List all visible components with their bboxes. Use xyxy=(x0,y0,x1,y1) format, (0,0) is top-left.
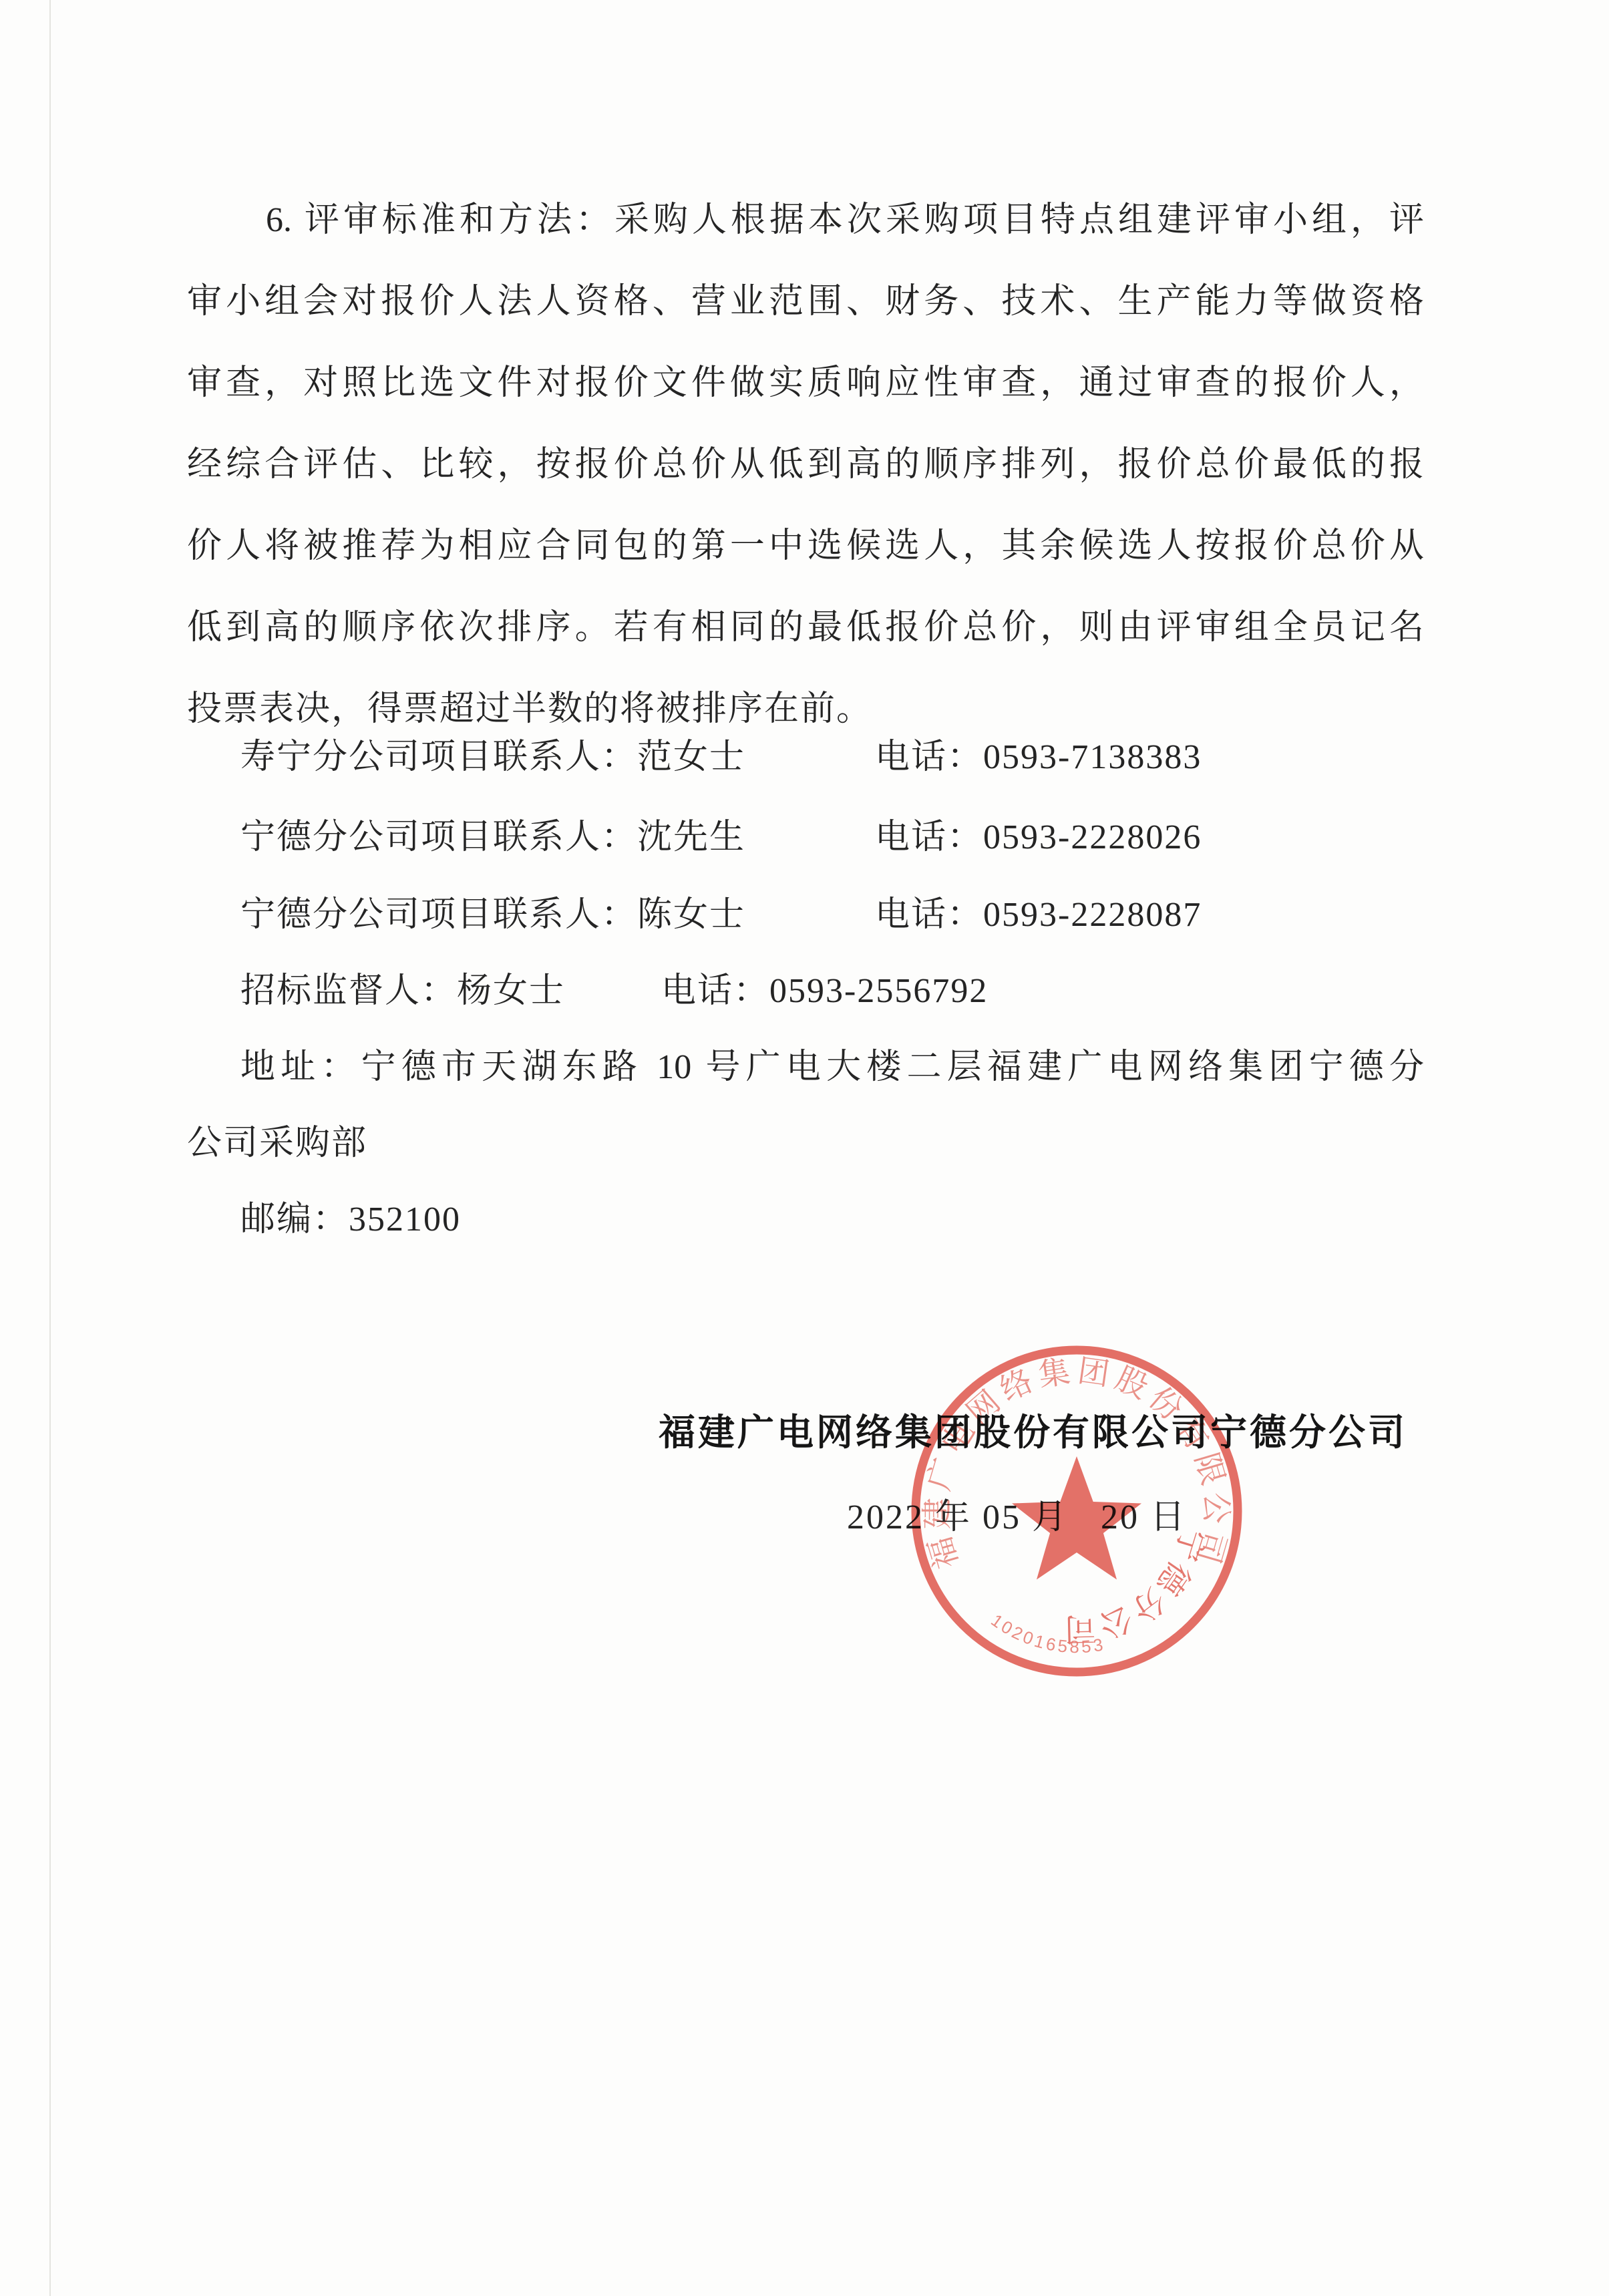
contact-line: 宁德分公司项目联系人：陈女士 电话：0593-2228087 xyxy=(187,894,1424,937)
seal-star-icon xyxy=(1012,1456,1141,1580)
paragraph-line: 审小组会对报价人法人资格、营业范围、财务、技术、生产能力等做资格 xyxy=(187,281,1424,323)
contact-phone: 电话：0593-2228026 xyxy=(875,816,1202,859)
address-line: 地址：宁德市天湖东路 10 号广电大楼二层福建广电网络集团宁德分 xyxy=(187,1046,1424,1089)
contact-phone: 电话：0593-2228087 xyxy=(875,894,1202,937)
paragraph-line: 经综合评估、比较，按报价总价从低到高的顺序排列，报价总价最低的报 xyxy=(187,444,1424,486)
contact-phone: 电话：0593-7138383 xyxy=(875,736,1202,779)
paragraph-line: 审查，对照比选文件对报价文件做实质响应性审查，通过审查的报价人， xyxy=(187,362,1424,405)
contact-line: 寿宁分公司项目联系人：范女士 电话：0593-7138383 xyxy=(187,736,1424,779)
official-seal: 福建广电网络集团股份有限公司 宁德分公司 1020165853 xyxy=(903,1337,1250,1685)
contact-line: 招标监督人：杨女士 电话：0593-2556792 xyxy=(187,970,1424,1013)
paragraph-line: 低到高的顺序依次排序。若有相同的最低报价总价，则由评审组全员记名 xyxy=(187,607,1424,649)
postal-code-line: 邮编：352100 xyxy=(187,1198,1424,1241)
contact-label: 招标监督人：杨女士 xyxy=(240,972,565,1010)
contact-label: 宁德分公司项目联系人：沈先生 xyxy=(240,818,745,856)
contact-phone: 电话：0593-2556792 xyxy=(661,970,988,1013)
document-page: 6. 评审标准和方法：采购人根据本次采购项目特点组建评审小组，评 审小组会对报价… xyxy=(0,0,1609,2296)
contact-label: 宁德分公司项目联系人：陈女士 xyxy=(240,896,745,934)
paragraph-line: 6. 评审标准和方法：采购人根据本次采购项目特点组建评审小组，评 xyxy=(187,199,1424,242)
contact-label: 寿宁分公司项目联系人：范女士 xyxy=(240,738,745,776)
paragraph-line: 投票表决，得票超过半数的将被排序在前。 xyxy=(187,688,1424,731)
address-line: 公司采购部 xyxy=(187,1122,1424,1165)
contact-line: 宁德分公司项目联系人：沈先生 电话：0593-2228026 xyxy=(187,816,1424,859)
paragraph-line: 价人将被推荐为相应合同包的第一中选候选人，其余候选人按报价总价从 xyxy=(187,525,1424,568)
scan-edge-line xyxy=(49,0,51,2296)
